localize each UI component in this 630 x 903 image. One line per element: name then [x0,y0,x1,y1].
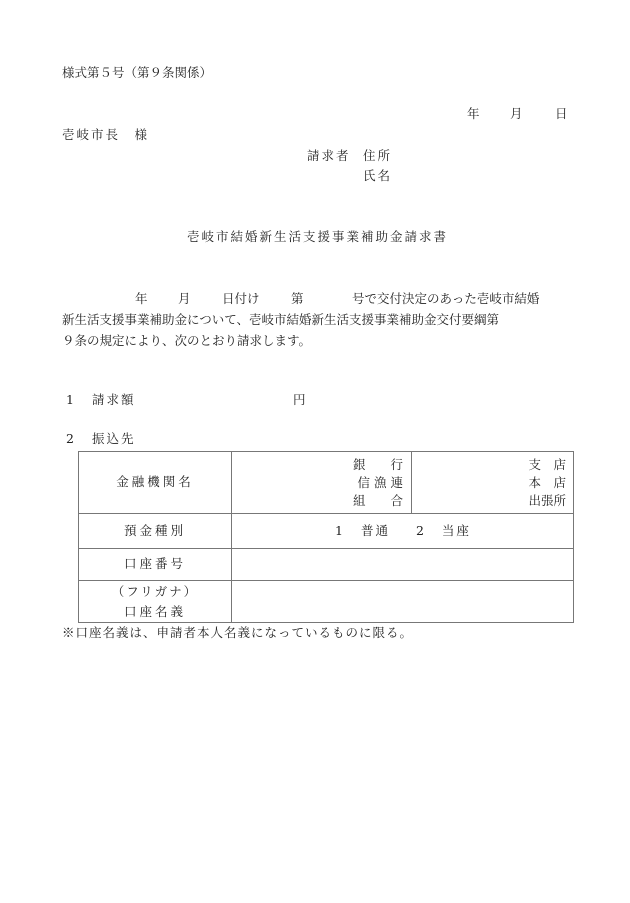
body-date-suffix: 日付け [222,293,260,306]
branch-type-head: 本 店 [412,474,566,492]
body-line2: 新生活支援事業補助金について、壱岐市結婚新生活支援事業補助金交付要綱第 [62,314,499,327]
bank-account-table: 金融機関名 銀 行 信 漁 連 組 合 支 店 本 店 出張所 預金種別 1 普… [78,451,574,623]
item-number: 2 [66,433,74,446]
date-year-label: 年 [467,108,480,121]
item-label: 請求額 [92,394,136,407]
institution-type-union: 組 合 [232,492,403,510]
item-label: 振込先 [92,433,136,446]
table-row-institution: 金融機関名 銀 行 信 漁 連 組 合 支 店 本 店 出張所 [79,452,574,514]
table-row-account-number: 口座番号 [79,549,574,581]
institution-type-fishery: 信 漁 連 [232,474,403,492]
option-current-number[interactable]: 2 [416,523,424,538]
account-holder-note: ※口座名義は、申請者本人名義になっているものに限る。 [62,627,413,640]
requester-label: 請求者 [307,150,351,163]
form-number: 様式第５号（第９条関係） [62,67,212,80]
account-holder-label-cell: （フリガナ） 口座名義 [79,581,232,623]
requester-address-label: 住所 [363,150,392,163]
account-holder-kana-label: （フリガナ） [79,582,231,602]
requester-name-label: 氏名 [363,170,392,183]
body-year: 年 [135,293,148,306]
account-holder-label: 口座名義 [79,602,231,622]
institution-name-label: 金融機関名 [79,452,232,514]
option-current[interactable]: 当座 [442,523,471,538]
account-holder-field[interactable] [232,581,574,623]
body-no-prefix: 第 [291,293,304,306]
body-line1-rest: 号で交付決定のあった壱岐市結婚 [352,293,539,306]
body-line3: ９条の規定により、次のとおり請求します。 [62,335,311,348]
addressee: 壱岐市長 様 [62,129,149,142]
branch-name-field[interactable]: 支 店 本 店 出張所 [412,452,574,514]
body-month: 月 [178,293,191,306]
table-row-deposit-type: 預金種別 1 普通 2 当座 [79,514,574,549]
account-number-label: 口座番号 [79,549,232,581]
deposit-type-label: 預金種別 [79,514,232,549]
deposit-type-field[interactable]: 1 普通 2 当座 [232,514,574,549]
item-number: 1 [66,394,74,407]
yen-unit: 円 [293,394,306,407]
date-day-label: 日 [555,108,568,121]
institution-type-bank: 銀 行 [232,456,403,474]
institution-name-field[interactable]: 銀 行 信 漁 連 組 合 [232,452,412,514]
option-ordinary[interactable]: 普通 [361,523,390,538]
page-title: 壱岐市結婚新生活支援事業補助金請求書 [187,231,448,244]
date-month-label: 月 [510,108,523,121]
branch-type-office: 出張所 [412,492,566,510]
option-ordinary-number[interactable]: 1 [335,523,343,538]
table-row-account-holder: （フリガナ） 口座名義 [79,581,574,623]
branch-type-branch: 支 店 [412,456,566,474]
account-number-field[interactable] [232,549,574,581]
